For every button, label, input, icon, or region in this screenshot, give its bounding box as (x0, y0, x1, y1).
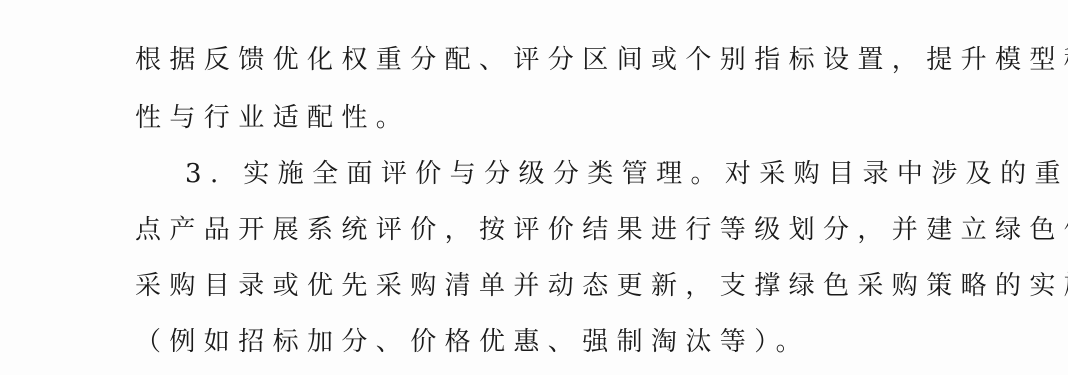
item-3-line-4: （例如招标加分、价格优惠、强制淘汰等）。 (135, 322, 935, 362)
paragraph-continuation-line-1: 根据反馈优化权重分配、评分区间或个别指标设置，提升模型稳定 (135, 40, 935, 80)
paragraph-continuation-line-2: 性与行业适配性。 (135, 98, 935, 138)
item-3-line-3: 采购目录或优先采购清单并动态更新，支撑绿色采购策略的实施 (135, 266, 935, 306)
document-page: 根据反馈优化权重分配、评分区间或个别指标设置，提升模型稳定 性与行业适配性。 3… (0, 0, 1068, 375)
item-3-line-2: 点产品开展系统评价，按评价结果进行等级划分，并建立绿色低碳 (135, 210, 935, 250)
item-3-line-1: 3. 实施全面评价与分级分类管理。对采购目录中涉及的重 (185, 154, 985, 194)
